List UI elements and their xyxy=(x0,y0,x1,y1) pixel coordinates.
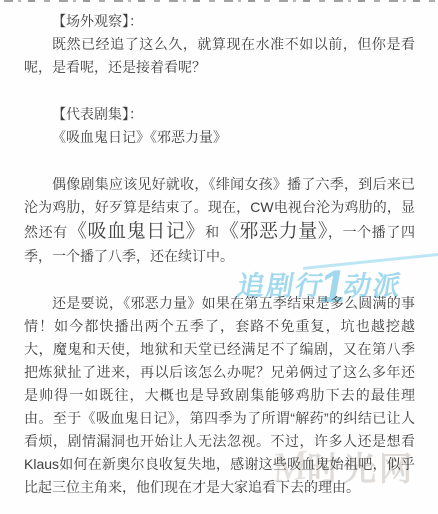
article-page: 追剧行1动派 M时光网 【场外观察】： 既然已经追了这么久，就算现在水准不如以前… xyxy=(0,0,438,514)
show-titles-line: 《吸血鬼日记》《邪恶力量》 xyxy=(24,126,415,149)
observation-paragraph: 既然已经追了这么久，就算现在水准不如以前，但你是看呢，是看呢，还是接着看呢？ xyxy=(24,33,415,79)
show-title-vampire-diaries: 《吸血鬼日记》 xyxy=(68,221,205,242)
paragraph-cw-shows: 偶像剧集应该见好就收，《绯闻女孩》播了六季，到后来已沦为鸡肋，好歹算是结束了。现… xyxy=(24,173,415,268)
text-run-conjunction: 和 xyxy=(205,224,220,240)
paragraph-commentary: 还是要说，《邪恶力量》如果在第五季结束是多么圆满的事情！如今都快播出两个五季了，… xyxy=(24,292,415,499)
article-content: 【场外观察】： 既然已经追了这么久，就算现在水准不如以前，但你是看呢，是看呢，还… xyxy=(24,10,415,499)
cropped-text-remnant xyxy=(4,0,436,2)
show-title-supernatural: 《邪恶力量》 xyxy=(220,221,328,242)
section-heading-shows: 【代表剧集】： xyxy=(24,103,415,126)
section-heading-observation: 【场外观察】： xyxy=(24,10,415,33)
